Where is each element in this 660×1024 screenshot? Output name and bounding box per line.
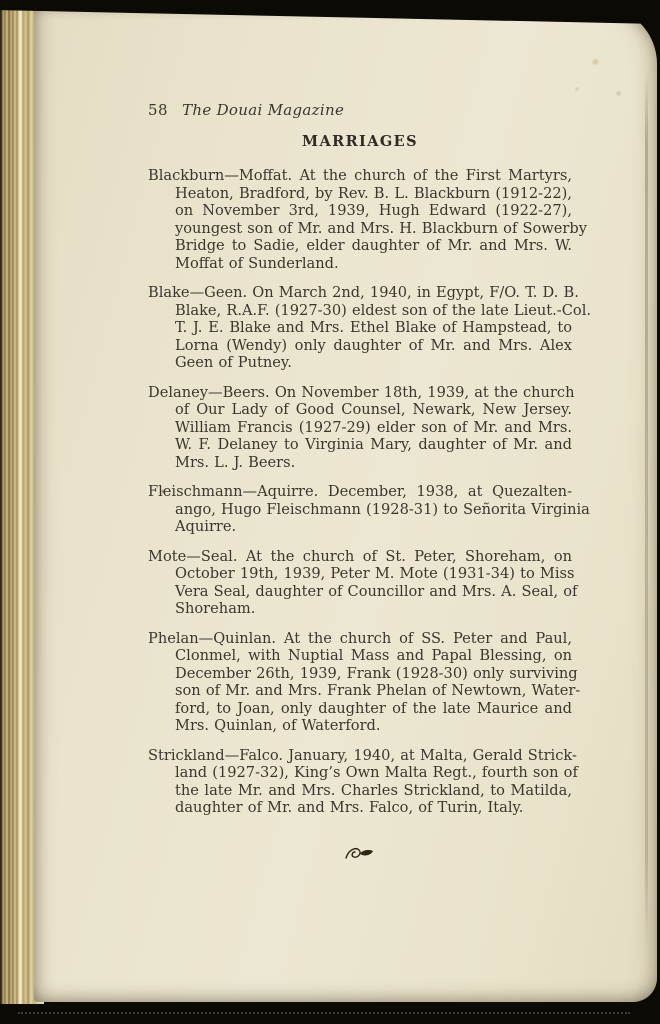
foxing-spot — [591, 58, 600, 66]
text-block: 58 The Douai Magazine MARRIAGES Blackbur… — [148, 100, 572, 864]
marriage-entry-fleischmann-aquirre: Fleischmann—Aquirre. December, 1938, at … — [148, 483, 572, 536]
entry-line: ford, to Joan, only daughter of the late… — [175, 700, 572, 718]
entry-line: December 26th, 1939, Frank (1928-30) onl… — [175, 665, 572, 683]
marriage-entry-mote-seal: Mote—Seal. At the church of St. Peter, S… — [148, 548, 572, 618]
entry-line: Heaton, Bradford, by Rev. B. L. Blackbur… — [175, 185, 572, 203]
entry-line: October 19th, 1939, Peter M. Mote (1931-… — [175, 565, 572, 583]
entry-line: Moffat of Sunderland. — [175, 255, 572, 273]
scan-bottom-artifact — [18, 1012, 630, 1014]
marriage-entries: Blackburn—Moffat. At the church of the F… — [148, 167, 572, 817]
fleuron-ornament-icon — [148, 844, 572, 864]
entry-line: T. J. E. Blake and Mrs. Ethel Blake of H… — [175, 319, 572, 337]
page-crease — [645, 72, 648, 946]
entry-line: ango, Hugo Fleischmann (1928-31) to Seño… — [175, 501, 572, 519]
entry-line: Mrs. Quinlan, of Waterford. — [175, 717, 572, 735]
entry-line: William Francis (1927-29) elder son of M… — [175, 419, 572, 437]
entry-line: the late Mr. and Mrs. Charles Strickland… — [175, 782, 572, 800]
entry-line: on November 3rd, 1939, Hugh Edward (1922… — [175, 202, 572, 220]
entry-line: Blackburn—Moffat. At the church of the F… — [148, 167, 572, 185]
marriage-entry-delaney-beers: Delaney—Beers. On November 18th, 1939, a… — [148, 384, 572, 472]
entry-line: Vera Seal, daughter of Councillor and Mr… — [175, 583, 572, 601]
book-page: 58 The Douai Magazine MARRIAGES Blackbur… — [34, 6, 657, 1002]
entry-line: Delaney—Beers. On November 18th, 1939, a… — [148, 384, 572, 402]
foxing-spot — [615, 90, 622, 97]
journal-title: The Douai Magazine — [182, 100, 344, 120]
entry-line: Strickland—Falco. January, 1940, at Malt… — [148, 747, 572, 765]
page-number: 58 — [148, 100, 168, 120]
entry-line: Bridge to Sadie, elder daughter of Mr. a… — [175, 237, 572, 255]
marriage-entry-strickland-falco: Strickland—Falco. January, 1940, at Malt… — [148, 747, 572, 817]
entry-line: Lorna (Wendy) only daughter of Mr. and M… — [175, 337, 572, 355]
entry-line: youngest son of Mr. and Mrs. H. Blackbur… — [175, 220, 572, 238]
entry-line: Aquirre. — [175, 518, 572, 536]
page-header: 58 The Douai Magazine — [148, 100, 572, 120]
entry-line: Shoreham. — [175, 600, 572, 618]
entry-line: W. F. Delaney to Virginia Mary, daughter… — [175, 436, 572, 454]
entry-line: Clonmel, with Nuptial Mass and Papal Ble… — [175, 647, 572, 665]
foxing-spot — [574, 86, 580, 92]
section-heading: MARRIAGES — [148, 133, 572, 151]
entry-line: Fleischmann—Aquirre. December, 1938, at … — [148, 483, 572, 501]
entry-line: Blake, R.A.F. (1927-30) eldest son of th… — [175, 302, 572, 320]
entry-line: daughter of Mr. and Mrs. Falco, of Turin… — [175, 799, 572, 817]
entry-line: of Our Lady of Good Counsel, Newark, New… — [175, 401, 572, 419]
marriage-entry-blake-geen: Blake—Geen. On March 2nd, 1940, in Egypt… — [148, 284, 572, 372]
entry-line: land (1927-32), King’s Own Malta Regt., … — [175, 764, 572, 782]
marriage-entry-phelan-quinlan: Phelan—Quinlan. At the church of SS. Pet… — [148, 630, 572, 735]
entry-line: Geen of Putney. — [175, 354, 572, 372]
entry-line: Blake—Geen. On March 2nd, 1940, in Egypt… — [148, 284, 572, 302]
entry-line: Mote—Seal. At the church of St. Peter, S… — [148, 548, 572, 566]
marriage-entry-blackburn-moffat: Blackburn—Moffat. At the church of the F… — [148, 167, 572, 272]
book-scan: 58 The Douai Magazine MARRIAGES Blackbur… — [0, 0, 660, 1024]
entry-line: son of Mr. and Mrs. Frank Phelan of Newt… — [175, 682, 572, 700]
entry-line: Phelan—Quinlan. At the church of SS. Pet… — [148, 630, 572, 648]
entry-line: Mrs. L. J. Beers. — [175, 454, 572, 472]
